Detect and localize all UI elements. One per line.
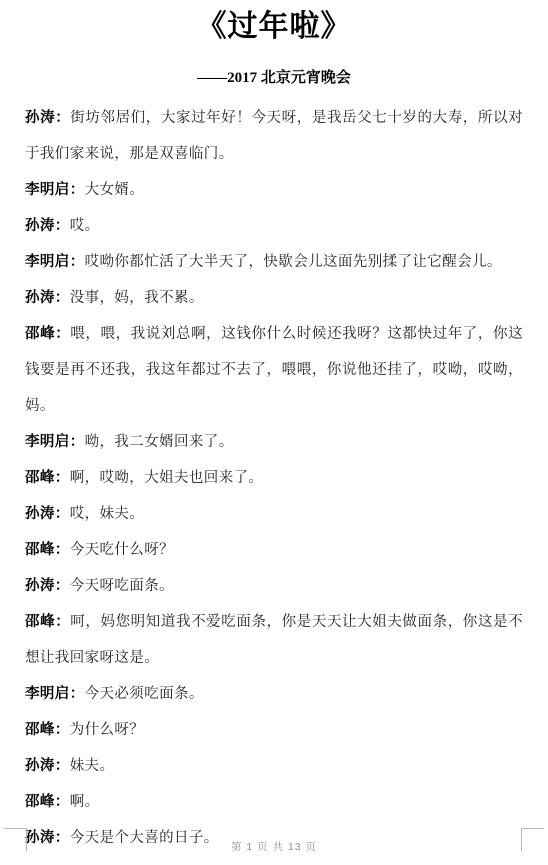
dialogue-paragraph: 李明启：大女婿。 [25, 172, 523, 208]
dialogue-text: 啊。 [70, 794, 100, 810]
dialogue-paragraph: 邵峰：喂，喂，我说刘总啊，这钱你什么时候还我呀？这都快过年了，你这钱要是再不还我… [25, 316, 523, 424]
dialogue-text: 喂，喂，我说刘总啊，这钱你什么时候还我呀？这都快过年了，你这钱要是再不还我，我这… [25, 326, 523, 414]
dialogue-text: 哎呦你都忙活了大半天了，快歇会儿这面先别揉了让它醒会儿。 [85, 254, 502, 270]
dialogue-paragraph: 孙涛：街坊邻居们，大家过年好！今天呀，是我岳父七十岁的大寿，所以对于我们家来说，… [25, 100, 523, 172]
dialogue-text: 街坊邻居们，大家过年好！今天呀，是我岳父七十岁的大寿，所以对于我们家来说，那是双… [25, 110, 523, 162]
dialogue-paragraph: 邵峰：今天吃什么呀？ [25, 532, 523, 568]
speaker-name: 李明启： [25, 686, 85, 702]
dialogue-paragraph: 邵峰：呵，妈您明知道我不爱吃面条，你是天天让大姐夫做面条，你这是不想让我回家呀这… [25, 604, 523, 676]
speaker-name: 李明启： [25, 182, 85, 198]
dialogue-paragraph: 李明启：哎呦你都忙活了大半天了，快歇会儿这面先别揉了让它醒会儿。 [25, 244, 523, 280]
dialogue-paragraph: 李明启：今天必须吃面条。 [25, 676, 523, 712]
dialogue-text: 妹夫。 [70, 758, 115, 774]
dialogue-paragraph: 孙涛：哎。 [25, 208, 523, 244]
dialogue-text: 今天呀吃面条。 [70, 578, 174, 594]
dialogue-paragraph: 李明启：呦，我二女婿回来了。 [25, 424, 523, 460]
speaker-name: 李明启： [25, 254, 85, 270]
dialogue-paragraph: 邵峰：啊，哎呦，大姐夫也回来了。 [25, 460, 523, 496]
speaker-name: 邵峰： [25, 326, 70, 342]
dialogue-text: 大女婿。 [85, 182, 145, 198]
speaker-name: 邵峰： [25, 470, 70, 486]
dialogue-text: 哎，妹夫。 [70, 506, 145, 522]
dialogue-text: 哎。 [70, 218, 100, 234]
dialogue-text: 呵，妈您明知道我不爱吃面条，你是天天让大姐夫做面条，你这是不想让我回家呀这是。 [25, 614, 523, 666]
document-page: 《过年啦》 ——2017 北京元宵晚会 孙涛：街坊邻居们，大家过年好！今天呀，是… [0, 0, 548, 865]
dialogue-paragraph: 孙涛：今天呀吃面条。 [25, 568, 523, 604]
dialogue-text: 为什么呀？ [70, 722, 145, 738]
dialogue-text: 没事，妈，我不累。 [70, 290, 204, 306]
dialogue-text: 啊，哎呦，大姐夫也回来了。 [70, 470, 264, 486]
dialogue-paragraph: 孙涛：妹夫。 [25, 748, 523, 784]
speaker-name: 邵峰： [25, 542, 70, 558]
speaker-name: 邵峰： [25, 614, 70, 630]
speaker-name: 孙涛： [25, 758, 70, 774]
speaker-name: 孙涛： [25, 578, 70, 594]
speaker-name: 孙涛： [25, 290, 70, 306]
dialogue-text: 今天必须吃面条。 [85, 686, 204, 702]
script-title: 《过年啦》 [0, 0, 548, 47]
page-number-label: 第 1 页 共 13 页 [231, 841, 317, 853]
dialogue-paragraph: 孙涛：没事，妈，我不累。 [25, 280, 523, 316]
speaker-name: 邵峰： [25, 722, 70, 738]
dialogue-paragraph: 邵峰：为什么呀？ [25, 712, 523, 748]
script-subtitle: ——2017 北京元宵晚会 [0, 70, 548, 87]
speaker-name: 邵峰： [25, 794, 70, 810]
dialogue-paragraph: 邵峰：啊。 [25, 784, 523, 820]
dialogue-paragraph: 孙涛：哎，妹夫。 [25, 496, 523, 532]
page-footer: 第 1 页 共 13 页 [0, 839, 548, 854]
speaker-name: 孙涛： [25, 506, 70, 522]
speaker-name: 孙涛： [25, 110, 70, 126]
speaker-name: 李明启： [25, 434, 85, 450]
dialogue-text: 今天吃什么呀？ [70, 542, 174, 558]
speaker-name: 孙涛： [25, 218, 70, 234]
dialogue-container: 孙涛：街坊邻居们，大家过年好！今天呀，是我岳父七十岁的大寿，所以对于我们家来说，… [25, 100, 523, 856]
dialogue-text: 呦，我二女婿回来了。 [85, 434, 234, 450]
